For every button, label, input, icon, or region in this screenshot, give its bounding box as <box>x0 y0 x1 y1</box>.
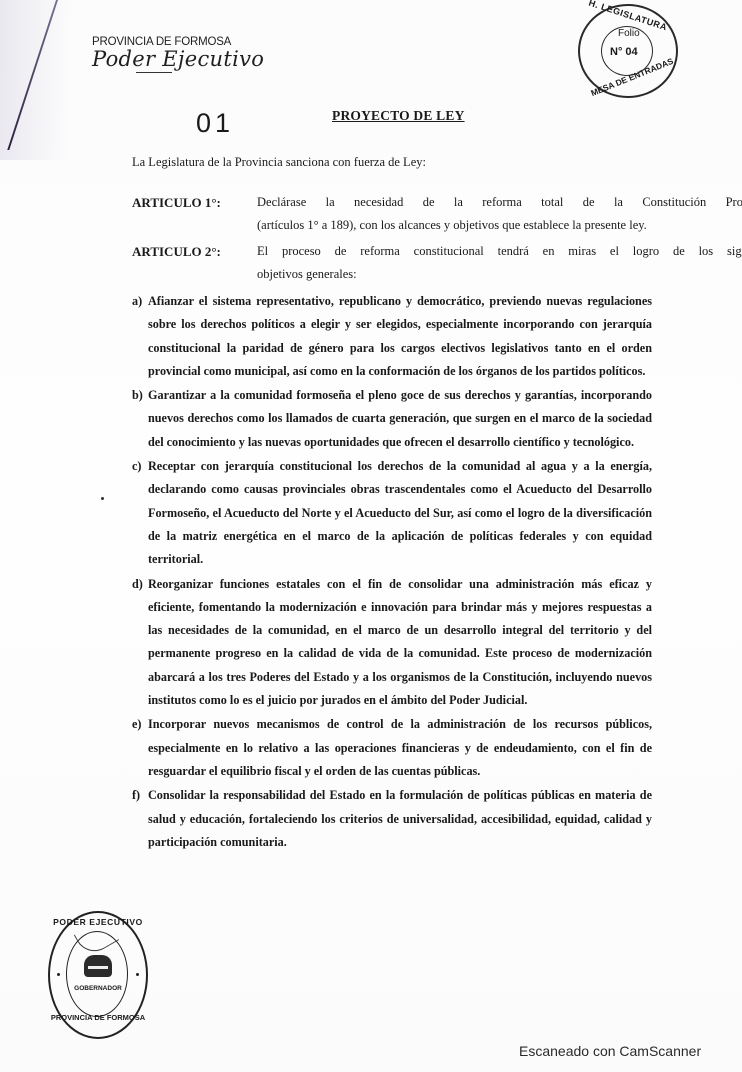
objective-item: b) Garantizar a la comunidad formoseña e… <box>132 384 652 454</box>
stamp-governor-bottom: PROVINCIA DE FORMOSA <box>50 1013 146 1022</box>
provincial-crest-icon <box>84 955 112 977</box>
scanned-page: PROVINCIA DE FORMOSA Poder Ejecutivo H. … <box>0 0 742 1072</box>
enacting-clause: La Legislatura de la Provincia sanciona … <box>132 155 426 170</box>
article-1-text: Declárase la necesidad de la reforma tot… <box>257 191 742 237</box>
letterhead-underline <box>136 72 172 73</box>
article-2-label: ARTICULO 2°: <box>132 240 221 263</box>
stamp-folio-label: Folio <box>618 28 640 39</box>
article-2-line-1: El proceso de reforma constitucional ten… <box>257 240 742 263</box>
objective-letter: d) <box>132 573 143 596</box>
objective-letter: e) <box>132 713 141 736</box>
objective-text: Incorporar nuevos mecanismos de control … <box>148 713 652 783</box>
article-1-label: ARTICULO 1°: <box>132 191 221 214</box>
stamp-dot <box>57 973 60 976</box>
objective-letter: b) <box>132 384 143 407</box>
stamp-dot <box>136 973 139 976</box>
article-1-line-2: (artículos 1° a 189), con los alcances y… <box>257 214 742 237</box>
legislature-stamp: H. LEGISLATURA Folio N° 04 MESA DE ENTRA… <box>578 4 678 98</box>
letterhead-branch: Poder Ejecutivo <box>92 47 264 71</box>
objective-item: f) Consolidar la responsabilidad del Est… <box>132 784 652 854</box>
stamp-folio-number: N° 04 <box>610 46 638 58</box>
objective-item: c) Receptar con jerarquía constitucional… <box>132 455 652 571</box>
objective-text: Receptar con jerarquía constitucional lo… <box>148 455 652 571</box>
letterhead: PROVINCIA DE FORMOSA Poder Ejecutivo <box>92 36 264 73</box>
objectives-list: a) Afianzar el sistema representativo, r… <box>132 290 652 855</box>
article-1-line-1: Declárase la necesidad de la reforma tot… <box>257 191 742 214</box>
objective-text: Reorganizar funciones estatales con el f… <box>148 573 652 713</box>
objective-text: Afianzar el sistema representativo, repu… <box>148 290 652 383</box>
objective-text: Garantizar a la comunidad formoseña el p… <box>148 384 652 454</box>
objective-letter: c) <box>132 455 141 478</box>
scan-speck <box>101 497 104 500</box>
stamp-governor-role: GOBERNADOR <box>50 985 146 992</box>
objective-letter: f) <box>132 784 140 807</box>
objective-letter: a) <box>132 290 142 313</box>
objective-text: Consolidar la responsabilidad del Estado… <box>148 784 652 854</box>
document-number: 01 <box>196 108 234 139</box>
objective-item: d) Reorganizar funciones estatales con e… <box>132 573 652 713</box>
article-2-text: El proceso de reforma constitucional ten… <box>257 240 742 286</box>
camscanner-watermark: Escaneado con CamScanner <box>519 1043 701 1059</box>
document-title: PROYECTO DE LEY <box>332 108 465 124</box>
article-2-line-2: objetivos generales: <box>257 267 357 281</box>
objective-item: a) Afianzar el sistema representativo, r… <box>132 290 652 383</box>
objective-item: e) Incorporar nuevos mecanismos de contr… <box>132 713 652 783</box>
